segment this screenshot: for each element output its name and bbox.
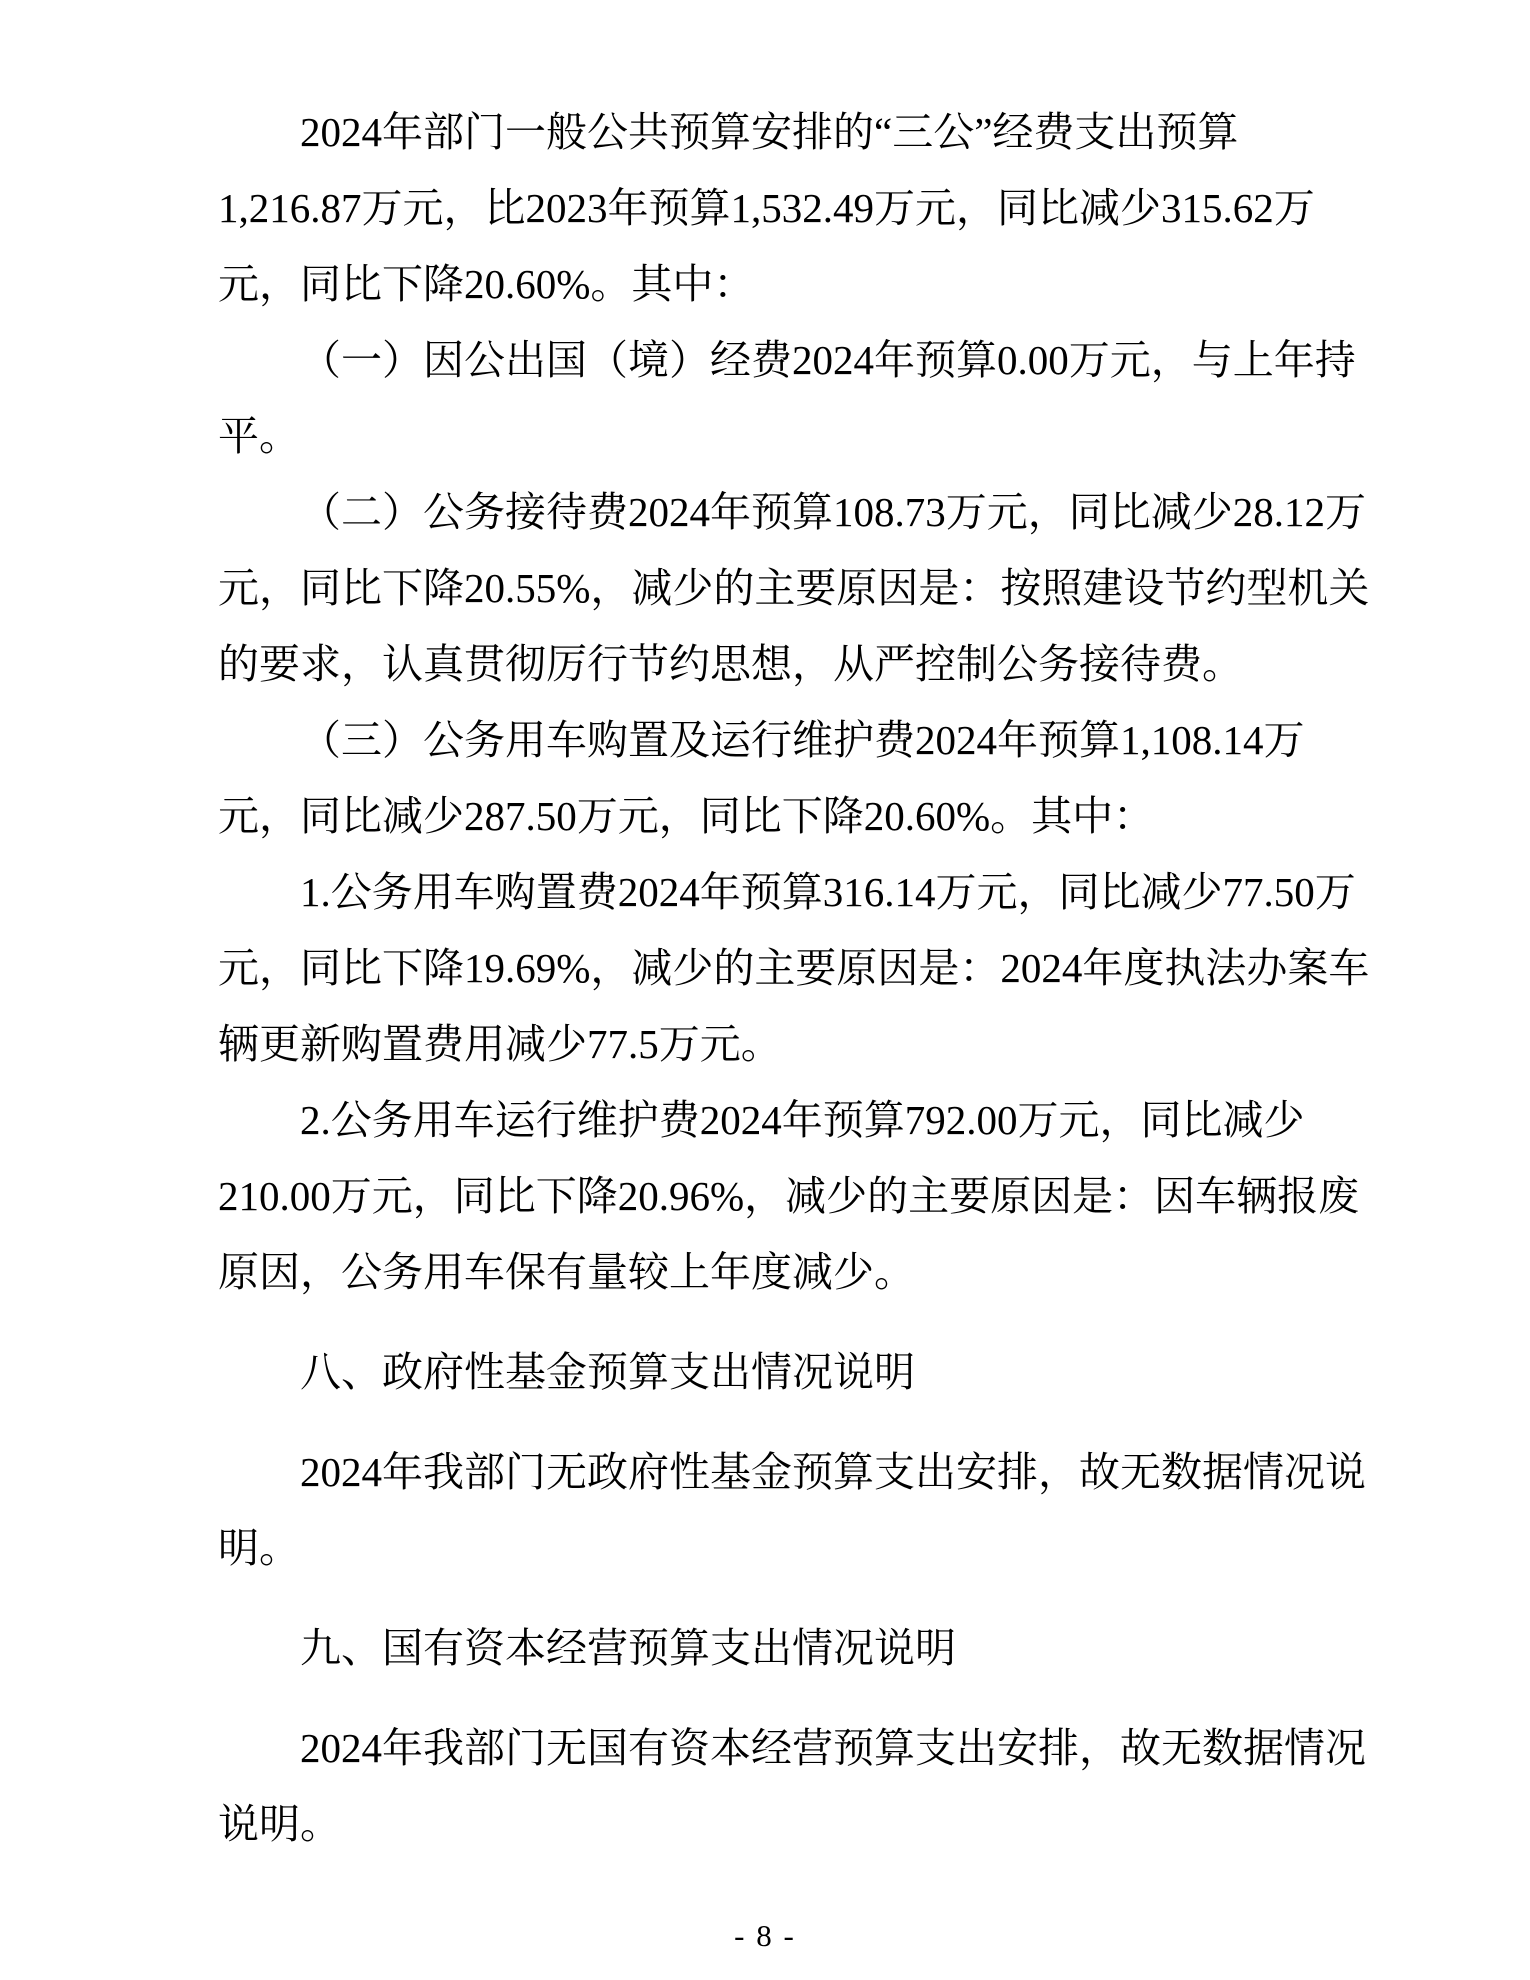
text-line: 2024年部门一般公共预算安排的“三公”经费支出预算 [218, 94, 1318, 170]
para-vehicle-operation: 2.公务用车运行维护费2024年预算792.00万元，同比减少210.00万元，… [218, 1082, 1318, 1310]
para-state-capital-note: 2024年我部门无国有资本经营预算支出安排，故无数据情况说明。 [218, 1710, 1318, 1862]
document-body: 2024年部门一般公共预算安排的“三公”经费支出预算1,216.87万元，比20… [218, 94, 1318, 1862]
heading-section-8-government-fund: 八、政府性基金预算支出情况说明 [218, 1334, 1318, 1410]
text-line: 210.00万元，同比下降20.96%，减少的主要原因是：因车辆报废 [218, 1158, 1318, 1234]
text-line: 1.公务用车购置费2024年预算316.14万元，同比减少77.50万 [218, 854, 1318, 930]
text-line: 元，同比下降20.55%，减少的主要原因是：按照建设节约型机关 [218, 550, 1318, 626]
para-government-fund-note: 2024年我部门无政府性基金预算支出安排，故无数据情况说明。 [218, 1434, 1318, 1586]
text-line: 元，同比下降19.69%，减少的主要原因是：2024年度执法办案车 [218, 930, 1318, 1006]
para-vehicle-purchase: 1.公务用车购置费2024年预算316.14万元，同比减少77.50万元，同比下… [218, 854, 1318, 1082]
text-line: 元，同比减少287.50万元，同比下降20.60%。其中： [218, 778, 1318, 854]
text-line: 1,216.87万元，比2023年预算1,532.49万元，同比减少315.62… [218, 170, 1318, 246]
text-line: 2.公务用车运行维护费2024年预算792.00万元，同比减少 [218, 1082, 1318, 1158]
text-line: 平。 [218, 398, 1318, 474]
text-line: 的要求，认真贯彻厉行节约思想，从严控制公务接待费。 [218, 626, 1318, 702]
text-line: （一）因公出国（境）经费2024年预算0.00万元，与上年持 [218, 322, 1318, 398]
para-sangong-summary: 2024年部门一般公共预算安排的“三公”经费支出预算1,216.87万元，比20… [218, 94, 1318, 322]
para-item-3-vehicle-expense: （三）公务用车购置及运行维护费2024年预算1,108.14万元，同比减少287… [218, 702, 1318, 854]
text-line: 原因，公务用车保有量较上年度减少。 [218, 1234, 1318, 1310]
text-line: 2024年我部门无国有资本经营预算支出安排，故无数据情况 [218, 1710, 1318, 1786]
heading-section-9-state-capital: 九、国有资本经营预算支出情况说明 [218, 1610, 1318, 1686]
document-page: 2024年部门一般公共预算安排的“三公”经费支出预算1,216.87万元，比20… [0, 0, 1530, 1980]
para-item-2-reception-expense: （二）公务接待费2024年预算108.73万元，同比减少28.12万元，同比下降… [218, 474, 1318, 702]
text-line: 明。 [218, 1510, 1318, 1586]
page-number: - 8 - [0, 1916, 1530, 1956]
text-line: 说明。 [218, 1786, 1318, 1862]
text-line: 辆更新购置费用减少77.5万元。 [218, 1006, 1318, 1082]
text-line: 元，同比下降20.60%。其中： [218, 246, 1318, 322]
text-line: （二）公务接待费2024年预算108.73万元，同比减少28.12万 [218, 474, 1318, 550]
para-item-1-abroad-expense: （一）因公出国（境）经费2024年预算0.00万元，与上年持平。 [218, 322, 1318, 474]
text-line: （三）公务用车购置及运行维护费2024年预算1,108.14万 [218, 702, 1318, 778]
text-line: 2024年我部门无政府性基金预算支出安排，故无数据情况说 [218, 1434, 1318, 1510]
